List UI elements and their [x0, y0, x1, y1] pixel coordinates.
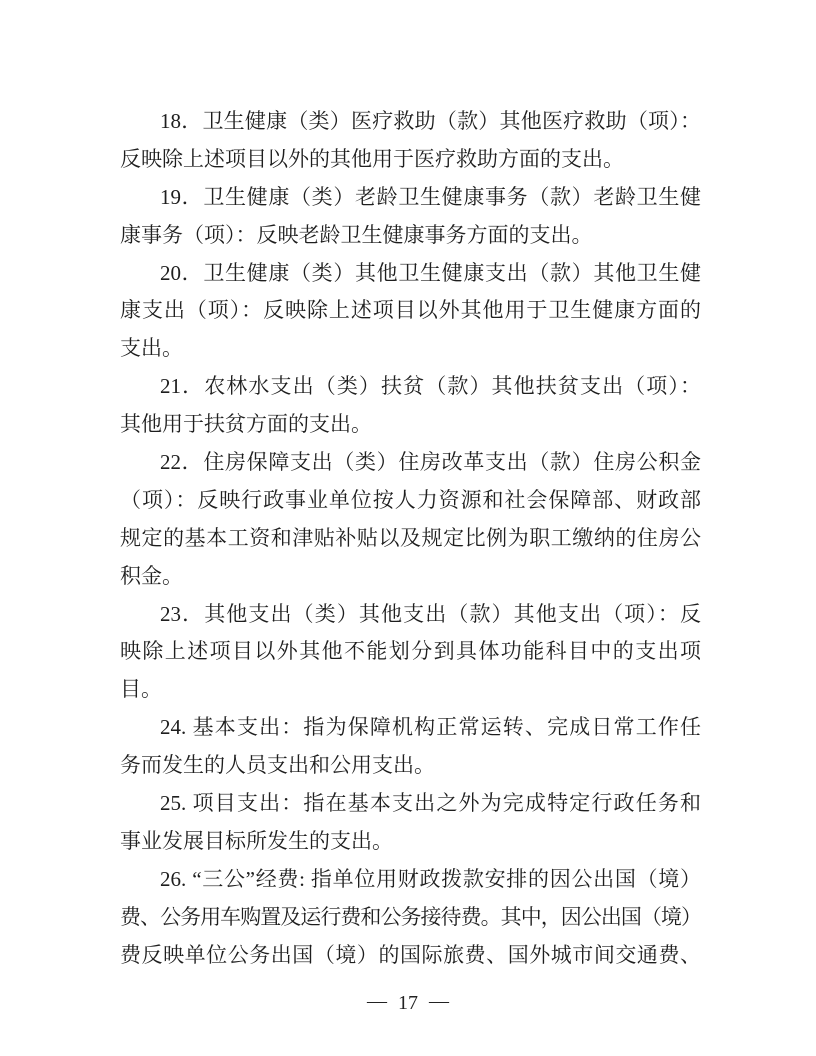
text-line: 18．卫生健康（类）医疗救助（款）其他医疗救助（项）：: [120, 103, 701, 141]
text-line: 20．卫生健康（类）其他卫生健康支出（款）其他卫生健: [120, 255, 701, 293]
text-line: 务而发生的人员支出和公用支出。: [120, 747, 701, 785]
footer-dash-right: —: [429, 990, 449, 1013]
document-body: 18．卫生健康（类）医疗救助（款）其他医疗救助（项）：反映除上述项目以外的其他用…: [120, 103, 701, 974]
text-line: 规定的基本工资和津贴补贴以及规定比例为职工缴纳的住房公: [120, 520, 701, 558]
text-line: 23．其他支出（类）其他支出（款）其他支出（项）：反: [120, 596, 701, 634]
footer-dash-left: —: [367, 990, 387, 1013]
text-line: 26. “三公”经费: 指单位用财政拨款安排的因公出国（境）: [120, 861, 701, 899]
text-line: 费、公务用车购置及运行费和公务接待费。其中，因公出国（境）: [120, 899, 701, 937]
text-line: 24. 基本支出：指为保障机构正常运转、完成日常工作任: [120, 709, 701, 747]
text-line: 反映除上述项目以外的其他用于医疗救助方面的支出。: [120, 141, 701, 179]
text-line: 25. 项目支出：指在基本支出之外为完成特定行政任务和: [120, 785, 701, 823]
text-line: 19．卫生健康（类）老龄卫生健康事务（款）老龄卫生健: [120, 179, 701, 217]
page-footer: —17—: [0, 992, 816, 1015]
document-page: 18．卫生健康（类）医疗救助（款）其他医疗救助（项）：反映除上述项目以外的其他用…: [0, 0, 816, 1056]
text-line: 事业发展目标所发生的支出。: [120, 823, 701, 861]
text-line: （项）：反映行政事业单位按人力资源和社会保障部、财政部: [120, 482, 701, 520]
text-line: 目。: [120, 671, 701, 709]
page-number: 17: [398, 992, 418, 1015]
text-line: 康支出（项）：反映除上述项目以外其他用于卫生健康方面的: [120, 292, 701, 330]
text-line: 21．农林水支出（类）扶贫（款）其他扶贫支出（项）：: [120, 368, 701, 406]
text-line: 支出。: [120, 330, 701, 368]
text-line: 其他用于扶贫方面的支出。: [120, 406, 701, 444]
text-line: 22．住房保障支出（类）住房改革支出（款）住房公积金: [120, 444, 701, 482]
text-line: 积金。: [120, 558, 701, 596]
text-line: 映除上述项目以外其他不能划分到具体功能科目中的支出项: [120, 633, 701, 671]
text-line: 康事务（项）：反映老龄卫生健康事务方面的支出。: [120, 217, 701, 255]
text-line: 费反映单位公务出国（境）的国际旅费、国外城市间交通费、: [120, 937, 701, 975]
